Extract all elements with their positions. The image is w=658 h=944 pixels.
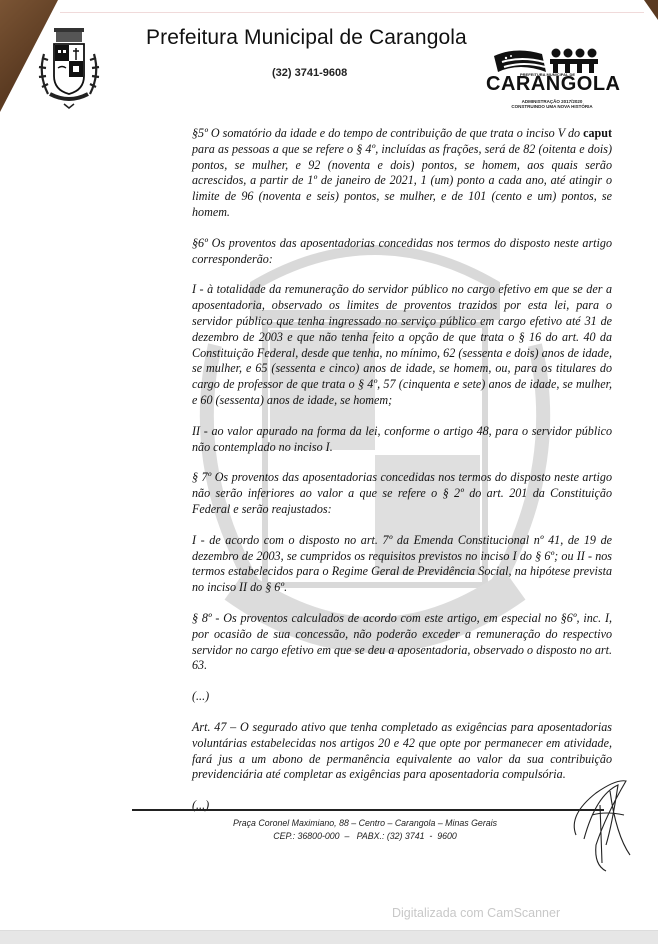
paragraph-6-inciso-ii: II - ao valor apurado na forma da lei, c… [192, 424, 612, 456]
municipal-coat-of-arms-icon [36, 24, 102, 110]
ellipsis: (...) [192, 798, 612, 814]
paragraph-6: §6º Os proventos das aposentadorias conc… [192, 236, 612, 268]
paragraph-7-inciso-i: I - de acordo com o disposto no art. 7º … [192, 533, 612, 596]
paragraph-7: § 7º Os proventos das aposentadorias con… [192, 470, 612, 517]
article-47: Art. 47 – O segurado ativo que tenha com… [192, 720, 612, 783]
paragraph-5-caput: caput [583, 126, 612, 140]
footer-contact: CEP.: 36800-000 – PABX.: (32) 3741 - 960… [130, 830, 600, 843]
logo-city-name: CARANGOLA [486, 73, 618, 96]
footer-divider [132, 809, 604, 811]
paper-edge [60, 12, 644, 13]
desk-background-corner [644, 0, 658, 20]
camscanner-watermark: Digitalizada com CamScanner [392, 906, 560, 920]
header-phone: (32) 3741-9608 [272, 67, 347, 79]
scanned-page: Prefeitura Municipal de Carangola (32) 3… [0, 0, 658, 930]
document-body: §5º O somatório da idade e do tempo de c… [192, 126, 612, 829]
bottom-edge [0, 930, 658, 944]
footer-address-block: Praça Coronel Maximiano, 88 – Centro – C… [130, 817, 600, 843]
carangola-logo: PREFEITURA MUNICIPAL DE CARANGOLA ADMINI… [486, 46, 618, 114]
page-title: Prefeitura Municipal de Carangola [146, 26, 467, 50]
ellipsis: (...) [192, 689, 612, 705]
paragraph-6-inciso-i: I - à totalidade da remuneração do servi… [192, 282, 612, 408]
paragraph-5-text: §5º O somatório da idade e do tempo de c… [192, 126, 583, 140]
footer-address: Praça Coronel Maximiano, 88 – Centro – C… [130, 817, 600, 830]
logo-administration: ADMINISTRAÇÃO 2017/2020 CONSTRUINDO UMA … [486, 99, 618, 109]
paragraph-5: §5º O somatório da idade e do tempo de c… [192, 126, 612, 221]
paragraph-5-text-cont: para as pessoas a que se refere o § 4º, … [192, 142, 612, 219]
logo-slogan: CONSTRUINDO UMA NOVA HISTÓRIA [486, 104, 618, 109]
paragraph-8: § 8º - Os proventos calculados de acordo… [192, 611, 612, 674]
